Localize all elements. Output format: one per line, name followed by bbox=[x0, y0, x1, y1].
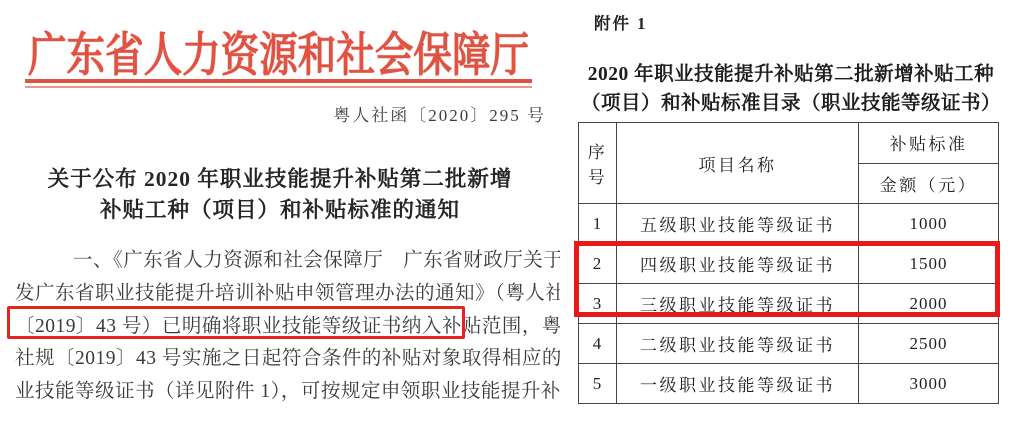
col-header-project: 项目名称 bbox=[617, 123, 859, 204]
row-no: 1 bbox=[579, 204, 617, 244]
col-header-subsidy-standard: 补贴标准 bbox=[859, 123, 999, 164]
document-scan-canvas: 广东省人力资源和社会保障厅 粤人社函〔2020〕295 号 关于公布 2020 … bbox=[0, 0, 1022, 426]
attachment-document-page: 附件 1 2020 年职业技能提升补贴第二批新增补贴工种 （项目）和补贴标准目录… bbox=[560, 0, 1022, 426]
body-paragraph: 一、《广东省人力资源和社会保障厅 广东省财政厅关于印 发广东省职业技能提升培训补… bbox=[15, 245, 547, 409]
row-no: 2 bbox=[579, 244, 617, 284]
row-project: 二级职业技能等级证书 bbox=[617, 324, 859, 364]
body-line-1: 一、《广东省人力资源和社会保障厅 广东省财政厅关于印 bbox=[15, 245, 547, 278]
row-no: 3 bbox=[579, 284, 617, 324]
table-row: 5 一级职业技能等级证书 3000 bbox=[579, 364, 999, 404]
letterhead-rule-thick bbox=[25, 79, 532, 83]
row-project: 四级职业技能等级证书 bbox=[617, 244, 859, 284]
notice-title-line1: 关于公布 2020 年职业技能提升补贴第二批新增 bbox=[0, 164, 560, 195]
notice-title: 关于公布 2020 年职业技能提升补贴第二批新增 补贴工种（项目）和补贴标准的通… bbox=[0, 164, 560, 226]
body-line-5: 业技能等级证书（详见附件 1），可按规定申领职业技能提升补贴。 bbox=[15, 376, 547, 409]
table-title-line1: 2020 年职业技能提升补贴第二批新增补贴工种 bbox=[560, 60, 1022, 89]
row-amount: 3000 bbox=[859, 364, 999, 404]
agency-letterhead: 广东省人力资源和社会保障厅 bbox=[28, 18, 532, 82]
table-row: 2 四级职业技能等级证书 1500 bbox=[579, 244, 999, 284]
row-no: 5 bbox=[579, 364, 617, 404]
body-line-3: 〔2019〕43 号）已明确将职业技能等级证书纳入补贴范围，粤人 bbox=[15, 311, 547, 344]
letterhead-rule-thin bbox=[25, 86, 532, 88]
row-project: 一级职业技能等级证书 bbox=[617, 364, 859, 404]
body-line-2: 发广东省职业技能提升培训补贴申领管理办法的通知》（粤人社规 bbox=[15, 278, 547, 311]
body-line-4: 社规〔2019〕43 号实施之日起符合条件的补贴对象取得相应的职 bbox=[15, 343, 547, 376]
notice-title-line2: 补贴工种（项目）和补贴标准的通知 bbox=[0, 195, 560, 226]
agency-name: 广东省人力资源和社会保障厅 bbox=[28, 18, 529, 85]
table-row: 3 三级职业技能等级证书 2000 bbox=[579, 284, 999, 324]
subsidy-table: 序号 项目名称 补贴标准 金额（元） 1 五级职业技能等级证书 1000 2 四… bbox=[578, 122, 999, 404]
col-header-no: 序号 bbox=[579, 123, 617, 204]
row-project: 三级职业技能等级证书 bbox=[617, 284, 859, 324]
row-amount: 2500 bbox=[859, 324, 999, 364]
attachment-table-title: 2020 年职业技能提升补贴第二批新增补贴工种 （项目）和补贴标准目录（职业技能… bbox=[560, 60, 1022, 118]
row-amount: 1000 bbox=[859, 204, 999, 244]
row-no: 4 bbox=[579, 324, 617, 364]
row-amount: 1500 bbox=[859, 244, 999, 284]
table-row: 1 五级职业技能等级证书 1000 bbox=[579, 204, 999, 244]
attachment-label: 附件 1 bbox=[594, 10, 647, 34]
table-row: 4 二级职业技能等级证书 2500 bbox=[579, 324, 999, 364]
notice-document-page: 广东省人力资源和社会保障厅 粤人社函〔2020〕295 号 关于公布 2020 … bbox=[0, 0, 560, 426]
col-header-amount-yuan: 金额（元） bbox=[859, 163, 999, 204]
row-amount: 2000 bbox=[859, 284, 999, 324]
table-title-line2: （项目）和补贴标准目录（职业技能等级证书） bbox=[560, 89, 1022, 118]
row-project: 五级职业技能等级证书 bbox=[617, 204, 859, 244]
document-number: 粤人社函〔2020〕295 号 bbox=[333, 101, 546, 126]
